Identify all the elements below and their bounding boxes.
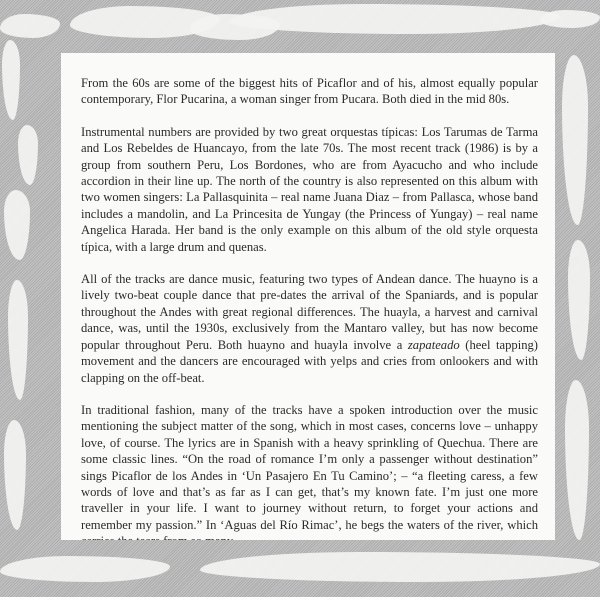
- paragraph-instrumental-numbers: Instrumental numbers are provided by two…: [81, 124, 538, 255]
- border-brush-stroke: [568, 240, 590, 360]
- border-brush-stroke: [540, 10, 600, 28]
- border-brush-stroke: [0, 14, 60, 38]
- border-brush-stroke: [4, 420, 26, 530]
- border-brush-stroke: [2, 40, 20, 120]
- liner-notes-text-panel: From the 60s are some of the biggest hit…: [61, 53, 555, 540]
- paragraph-dance-music: All of the tracks are dance music, featu…: [81, 271, 538, 386]
- paragraph-picaflor-hits: From the 60s are some of the biggest hit…: [81, 75, 538, 108]
- border-brush-stroke: [18, 125, 38, 185]
- border-brush-stroke: [565, 380, 589, 540]
- border-brush-stroke: [8, 280, 28, 400]
- italic-term: zapateado: [408, 338, 460, 352]
- border-brush-stroke: [0, 556, 170, 582]
- border-brush-stroke: [562, 55, 588, 225]
- paragraph-spoken-introduction: In traditional fashion, many of the trac…: [81, 402, 538, 540]
- border-brush-stroke: [230, 4, 560, 34]
- border-brush-stroke: [4, 190, 30, 260]
- border-brush-stroke: [200, 552, 600, 582]
